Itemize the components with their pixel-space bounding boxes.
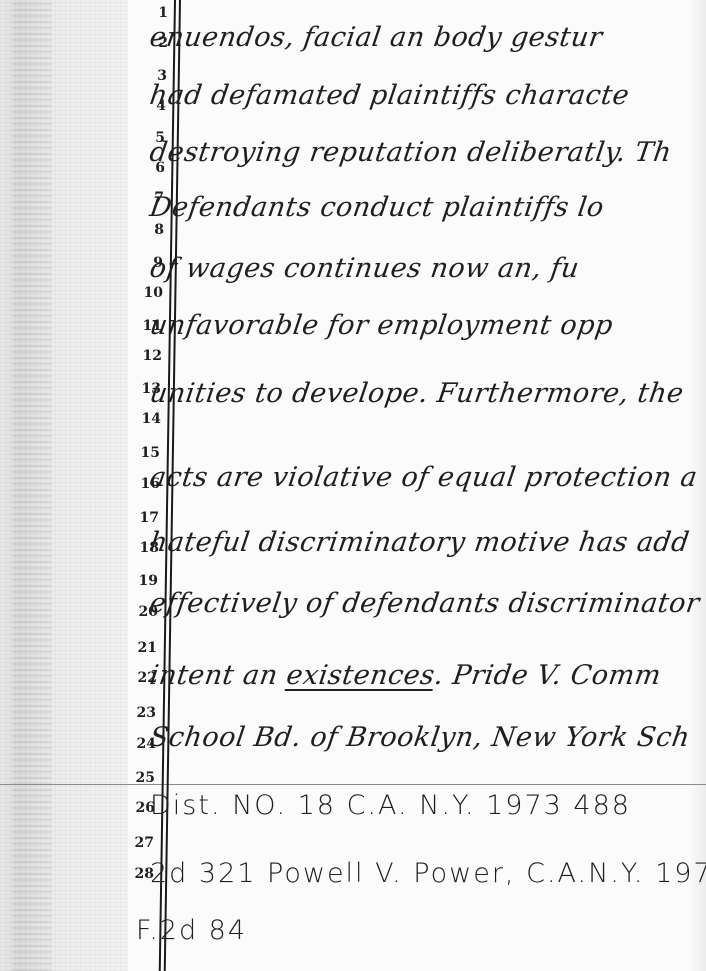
handwritten-line-2: enuendos, facial an body gestur (148, 22, 605, 53)
handwritten-line-4: had defamated plaintiffs characte (148, 80, 631, 111)
handwritten-line-6: destroying reputation deliberatly. Th (148, 137, 674, 168)
handwritten-line-18: hateful discriminatory motive has add (148, 527, 692, 558)
handwritten-line-14: unities to develope. Furthermore, the (148, 378, 686, 409)
handwritten-line-10: of wages continues now an, fu (148, 253, 581, 284)
line-number-column: 1234567891011121314151617181920212223242… (0, 0, 172, 971)
line-number-26: 26 (115, 800, 155, 816)
handwritten-line-12: unfavorable for employment opp (148, 310, 615, 341)
handwritten-line-20: effectively of defendants discriminator (148, 588, 702, 619)
handwritten-line-22: intent an existences. Pride V. Comm (148, 660, 663, 691)
line-22-text-after: . Pride V. Comm (432, 660, 663, 691)
handwritten-line-24: School Bd. of Brooklyn, New York Sch (148, 722, 692, 753)
line-22-text-before: intent an (148, 660, 289, 691)
handwritten-line-26: Dist. NO. 18 C.A. N.Y. 1973 488 (150, 790, 631, 821)
handwritten-content: enuendos, facial an body gestur had defa… (150, 0, 706, 971)
handwritten-line-extra: F.2d 84 (136, 915, 247, 946)
handwritten-line-28: 2d 321 Powell V. Power, C.A.N.Y. 1970 (150, 858, 706, 889)
handwritten-line-16: acts are violative of equal protection a (148, 462, 700, 493)
line-number-25: 25 (115, 770, 155, 786)
line-22-underlined-word: existences (285, 660, 437, 691)
handwritten-line-8: Defendants conduct plaintiffs lo (148, 192, 606, 223)
line-number-28: 28 (114, 866, 154, 882)
line-number-27: 27 (114, 835, 154, 851)
